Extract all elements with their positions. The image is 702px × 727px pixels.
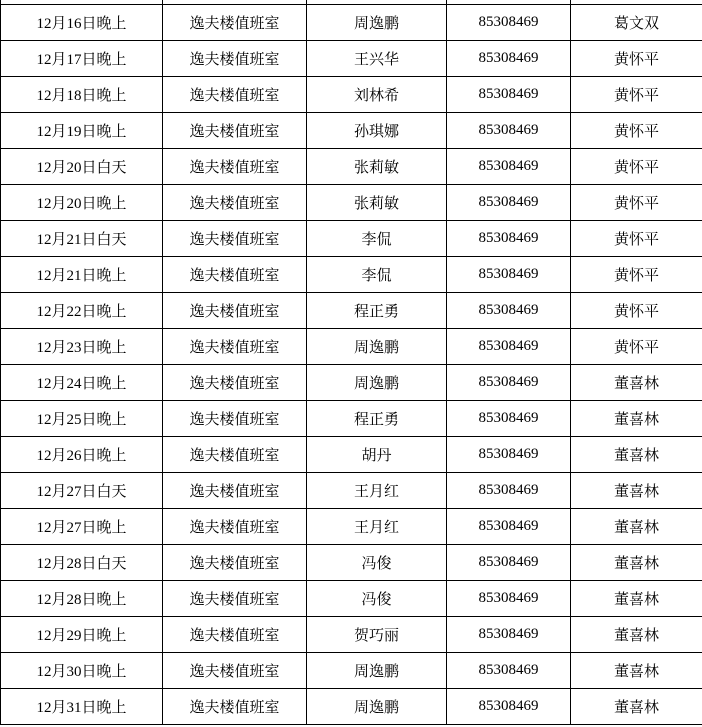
- cell-location: 逸夫楼值班室: [163, 401, 307, 437]
- cell-phone: 85308469: [447, 149, 571, 185]
- cell-supervisor: 董喜林: [571, 617, 702, 653]
- table-row: 12月28日白天逸夫楼值班室冯俊85308469董喜林: [1, 545, 702, 581]
- cell-person: 冯俊: [307, 545, 447, 581]
- cell-supervisor: 董喜林: [571, 545, 702, 581]
- cell-location: 逸夫楼值班室: [163, 365, 307, 401]
- cell-supervisor: 董喜林: [571, 509, 702, 545]
- table-row: 12月31日晚上逸夫楼值班室周逸鹏85308469董喜林: [1, 689, 702, 725]
- table-row: 12月24日晚上逸夫楼值班室周逸鹏85308469董喜林: [1, 365, 702, 401]
- cell-date: 12月16日晚上: [1, 5, 163, 41]
- cell-supervisor: 董喜林: [571, 365, 702, 401]
- cell-location: 逸夫楼值班室: [163, 185, 307, 221]
- cell-date: 12月31日晚上: [1, 689, 163, 725]
- cell-phone: 85308469: [447, 437, 571, 473]
- cell-date: 12月19日晚上: [1, 113, 163, 149]
- cell-location: 逸夫楼值班室: [163, 509, 307, 545]
- cell-location: 逸夫楼值班室: [163, 653, 307, 689]
- duty-table-body: 12月16日晚上逸夫楼值班室周逸鹏85308469葛文双12月17日晚上逸夫楼值…: [1, 0, 702, 725]
- cell-person: 周逸鹏: [307, 689, 447, 725]
- cell-phone: 85308469: [447, 689, 571, 725]
- cell-phone: 85308469: [447, 329, 571, 365]
- cell-supervisor: 黄怀平: [571, 41, 702, 77]
- cell-person: 王月红: [307, 473, 447, 509]
- cell-location: 逸夫楼值班室: [163, 149, 307, 185]
- table-row: 12月27日晚上逸夫楼值班室王月红85308469董喜林: [1, 509, 702, 545]
- cell-location: 逸夫楼值班室: [163, 293, 307, 329]
- table-row: 12月30日晚上逸夫楼值班室周逸鹏85308469董喜林: [1, 653, 702, 689]
- cell-location: 逸夫楼值班室: [163, 617, 307, 653]
- cell-person: 王月红: [307, 509, 447, 545]
- cell-date: 12月21日晚上: [1, 257, 163, 293]
- cell-location: 逸夫楼值班室: [163, 437, 307, 473]
- cell-supervisor: 董喜林: [571, 581, 702, 617]
- table-row: 12月21日白天逸夫楼值班室李侃85308469黄怀平: [1, 221, 702, 257]
- cell-phone: 85308469: [447, 77, 571, 113]
- cell-date: 12月26日晚上: [1, 437, 163, 473]
- cell-supervisor: 董喜林: [571, 473, 702, 509]
- cell-person: 程正勇: [307, 401, 447, 437]
- cell-person: 王兴华: [307, 41, 447, 77]
- cell-date: 12月17日晚上: [1, 41, 163, 77]
- cell-phone: 85308469: [447, 473, 571, 509]
- cell-phone: 85308469: [447, 617, 571, 653]
- cell-date: 12月22日晚上: [1, 293, 163, 329]
- cell-person: 李侃: [307, 257, 447, 293]
- cell-phone: 85308469: [447, 365, 571, 401]
- table-row: 12月20日白天逸夫楼值班室张莉敏85308469黄怀平: [1, 149, 702, 185]
- cell-person: 贺巧丽: [307, 617, 447, 653]
- cell-supervisor: 董喜林: [571, 653, 702, 689]
- cell-date: 12月21日白天: [1, 221, 163, 257]
- cell-date: 12月20日晚上: [1, 185, 163, 221]
- table-row: 12月19日晚上逸夫楼值班室孙琪娜85308469黄怀平: [1, 113, 702, 149]
- cell-person: 刘林希: [307, 77, 447, 113]
- cell-supervisor: 黄怀平: [571, 113, 702, 149]
- table-row: 12月21日晚上逸夫楼值班室李侃85308469黄怀平: [1, 257, 702, 293]
- cell-person: 胡丹: [307, 437, 447, 473]
- cell-phone: 85308469: [447, 221, 571, 257]
- cell-supervisor: 黄怀平: [571, 293, 702, 329]
- cell-phone: 85308469: [447, 545, 571, 581]
- cell-phone: 85308469: [447, 293, 571, 329]
- cell-phone: 85308469: [447, 41, 571, 77]
- cell-phone: 85308469: [447, 509, 571, 545]
- cell-date: 12月25日晚上: [1, 401, 163, 437]
- cell-supervisor: 黄怀平: [571, 77, 702, 113]
- cell-supervisor: 董喜林: [571, 689, 702, 725]
- table-row: 12月29日晚上逸夫楼值班室贺巧丽85308469董喜林: [1, 617, 702, 653]
- table-row: 12月25日晚上逸夫楼值班室程正勇85308469董喜林: [1, 401, 702, 437]
- cell-person: 周逸鹏: [307, 365, 447, 401]
- table-row: 12月27日白天逸夫楼值班室王月红85308469董喜林: [1, 473, 702, 509]
- cell-phone: 85308469: [447, 5, 571, 41]
- cell-supervisor: 黄怀平: [571, 221, 702, 257]
- cell-person: 周逸鹏: [307, 329, 447, 365]
- cell-date: 12月30日晚上: [1, 653, 163, 689]
- cell-location: 逸夫楼值班室: [163, 329, 307, 365]
- cell-location: 逸夫楼值班室: [163, 689, 307, 725]
- table-row: 12月20日晚上逸夫楼值班室张莉敏85308469黄怀平: [1, 185, 702, 221]
- cell-location: 逸夫楼值班室: [163, 41, 307, 77]
- duty-schedule-table: 12月16日晚上逸夫楼值班室周逸鹏85308469葛文双12月17日晚上逸夫楼值…: [0, 0, 702, 725]
- cell-date: 12月28日晚上: [1, 581, 163, 617]
- cell-supervisor: 黄怀平: [571, 257, 702, 293]
- cell-person: 冯俊: [307, 581, 447, 617]
- cell-date: 12月27日晚上: [1, 509, 163, 545]
- cell-supervisor: 董喜林: [571, 401, 702, 437]
- cell-person: 孙琪娜: [307, 113, 447, 149]
- cell-supervisor: 黄怀平: [571, 149, 702, 185]
- cell-person: 周逸鹏: [307, 5, 447, 41]
- cell-date: 12月18日晚上: [1, 77, 163, 113]
- cell-location: 逸夫楼值班室: [163, 113, 307, 149]
- table-row: 12月17日晚上逸夫楼值班室王兴华85308469黄怀平: [1, 41, 702, 77]
- cell-person: 程正勇: [307, 293, 447, 329]
- cell-location: 逸夫楼值班室: [163, 221, 307, 257]
- cell-supervisor: 黄怀平: [571, 185, 702, 221]
- cell-date: 12月28日白天: [1, 545, 163, 581]
- cell-location: 逸夫楼值班室: [163, 77, 307, 113]
- cell-phone: 85308469: [447, 653, 571, 689]
- cell-supervisor: 董喜林: [571, 437, 702, 473]
- document-page: 12月16日晚上逸夫楼值班室周逸鹏85308469葛文双12月17日晚上逸夫楼值…: [0, 0, 702, 727]
- cell-phone: 85308469: [447, 185, 571, 221]
- cell-date: 12月23日晚上: [1, 329, 163, 365]
- cell-location: 逸夫楼值班室: [163, 473, 307, 509]
- table-row: 12月16日晚上逸夫楼值班室周逸鹏85308469葛文双: [1, 5, 702, 41]
- cell-date: 12月27日白天: [1, 473, 163, 509]
- cell-date: 12月20日白天: [1, 149, 163, 185]
- cell-location: 逸夫楼值班室: [163, 257, 307, 293]
- table-row: 12月28日晚上逸夫楼值班室冯俊85308469董喜林: [1, 581, 702, 617]
- cell-person: 李侃: [307, 221, 447, 257]
- cell-phone: 85308469: [447, 581, 571, 617]
- cell-phone: 85308469: [447, 401, 571, 437]
- cell-phone: 85308469: [447, 257, 571, 293]
- cell-person: 张莉敏: [307, 149, 447, 185]
- cell-person: 张莉敏: [307, 185, 447, 221]
- table-row: 12月26日晚上逸夫楼值班室胡丹85308469董喜林: [1, 437, 702, 473]
- cell-location: 逸夫楼值班室: [163, 581, 307, 617]
- cell-supervisor: 葛文双: [571, 5, 702, 41]
- cell-phone: 85308469: [447, 113, 571, 149]
- table-row: 12月22日晚上逸夫楼值班室程正勇85308469黄怀平: [1, 293, 702, 329]
- cell-date: 12月24日晚上: [1, 365, 163, 401]
- cell-date: 12月29日晚上: [1, 617, 163, 653]
- cell-location: 逸夫楼值班室: [163, 5, 307, 41]
- cell-location: 逸夫楼值班室: [163, 545, 307, 581]
- cell-supervisor: 黄怀平: [571, 329, 702, 365]
- cell-person: 周逸鹏: [307, 653, 447, 689]
- table-row: 12月18日晚上逸夫楼值班室刘林希85308469黄怀平: [1, 77, 702, 113]
- table-row: 12月23日晚上逸夫楼值班室周逸鹏85308469黄怀平: [1, 329, 702, 365]
